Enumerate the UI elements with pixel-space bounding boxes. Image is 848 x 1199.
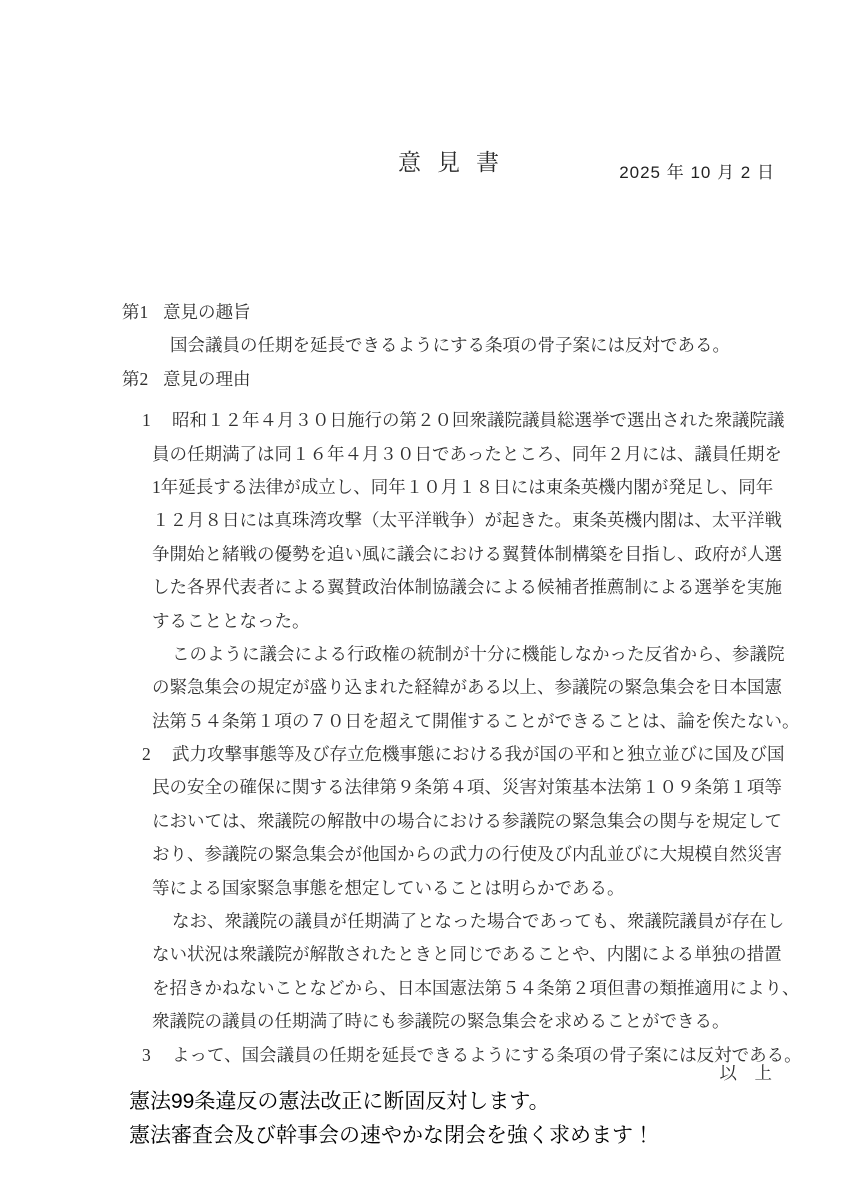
item-text: よって、国会議員の任期を延長できるようにする条項の骨子案には反対である。 <box>172 1045 802 1065</box>
item-number: 3 <box>142 1039 172 1072</box>
paragraph-start-line: このように議会による行政権の統制が十分に機能しなかった反省から、参議院 <box>122 638 822 671</box>
section-title: 意見の趣旨 <box>163 302 251 322</box>
section-label: 第1 <box>122 296 163 329</box>
document-body: 第1意見の趣旨 国会議員の任期を延長できるようにする条項の骨子案には反対である。… <box>122 296 822 1072</box>
section-title: 意見の理由 <box>163 369 251 389</box>
body-line: 員の任期満了は同１６年４月３０日であったところ、同年２月には、議員任期を <box>122 438 822 471</box>
body-line: 民の安全の確保に関する法律第９条第４項、災害対策基本法第１０９条第１項等 <box>122 771 822 804</box>
paragraph-start-line: なお、衆議院の議員が任期満了となった場合であっても、衆議院議員が存在し <box>122 905 822 938</box>
body-line: 等による国家緊急事態を想定していることは明らかである。 <box>122 872 822 905</box>
body-line: 衆議院の議員の任期満了時にも参議院の緊急集会を求めることができる。 <box>122 1005 822 1038</box>
protest-line-1: 憲法99条違反の憲法改正に断固反対します。 <box>129 1085 654 1119</box>
body-line: おり、参議院の緊急集会が他国からの武力の行使及び内乱並びに大規模自然災害 <box>122 838 822 871</box>
item-number: 1 <box>142 404 172 437</box>
protest-overlay: 憲法99条違反の憲法改正に断固反対します。 憲法審査会及び幹事会の速やかな閉会を… <box>129 1085 654 1152</box>
page-title: 意見書 <box>398 144 515 177</box>
numbered-item: 1昭和１２年４月３０日施行の第２０回衆議院議員総選挙で選出された衆議院議 <box>122 404 822 437</box>
body-line: を招きかねないことなどから、日本国憲法第５４条第２項但書の類推適用により、 <box>122 972 822 1005</box>
body-line: においては、衆議院の解散中の場合における参議院の緊急集会の関与を規定して <box>122 805 822 838</box>
body-line: 法第５４条第１項の７０日を超えて開催することができることは、論を俟たない。 <box>122 705 822 738</box>
section-heading: 第1意見の趣旨 <box>122 296 822 329</box>
body-line: １２月８日には真珠湾攻撃（太平洋戦争）が起きた。東条英機内閣は、太平洋戦 <box>122 504 822 537</box>
section-label: 第2 <box>122 363 163 396</box>
closing-mark: 以 上 <box>720 1060 773 1085</box>
item-text: 武力攻撃事態等及び存立危機事態における我が国の平和と独立並びに国及び国 <box>172 744 785 764</box>
item-text: 昭和１２年４月３０日施行の第２０回衆議院議員総選挙で選出された衆議院議 <box>172 410 785 430</box>
document-page: 意見書 2025 年 10 月 2 日 第1意見の趣旨 国会議員の任期を延長でき… <box>0 0 848 1199</box>
body-line: した各界代表者による翼賛政治体制協議会による候補者推薦制による選挙を実施 <box>122 571 822 604</box>
body-line: の緊急集会の規定が盛り込まれた経緯がある以上、参議院の緊急集会を日本国憲 <box>122 671 822 704</box>
body-line: 1年延長する法律が成立し、同年１０月１８日には東条英機内閣が発足し、同年 <box>122 471 822 504</box>
body-line: ない状況は衆議院が解散されたときと同じであることや、内閣による単独の措置 <box>122 938 822 971</box>
document-date: 2025 年 10 月 2 日 <box>619 158 775 183</box>
body-line: 争開始と緒戦の優勢を追い風に議会における翼賛体制構築を目指し、政府が人選 <box>122 538 822 571</box>
numbered-item: 2武力攻撃事態等及び存立危機事態における我が国の平和と独立並びに国及び国 <box>122 738 822 771</box>
opinion-statement: 国会議員の任期を延長できるようにする条項の骨子案には反対である。 <box>122 329 822 362</box>
section-heading: 第2意見の理由 <box>122 363 822 396</box>
numbered-item: 3よって、国会議員の任期を延長できるようにする条項の骨子案には反対である。 <box>122 1039 822 1072</box>
protest-line-2: 憲法審査会及び幹事会の速やかな閉会を強く求めます！ <box>129 1119 654 1153</box>
body-line: することとなった。 <box>122 605 822 638</box>
item-number: 2 <box>142 738 172 771</box>
